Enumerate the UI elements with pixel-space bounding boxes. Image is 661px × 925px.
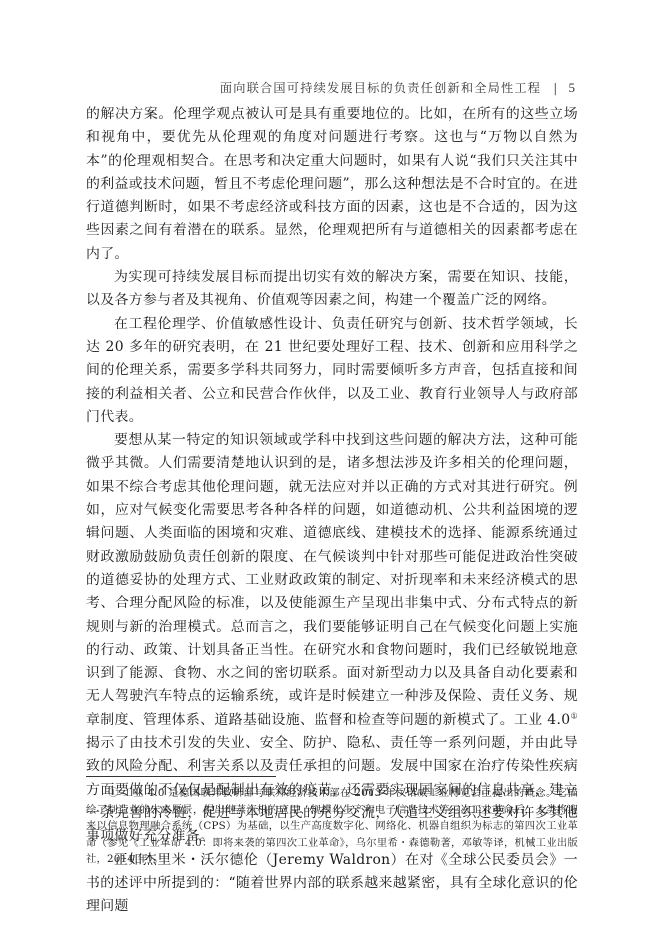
footnote-divider xyxy=(86,776,276,777)
header-separator: | xyxy=(553,81,558,95)
footnote-1: ① 工业 4.0 是德国联邦教研部与联邦经济技术部在 2013 年汉诺威工业博览… xyxy=(86,785,578,868)
running-title: 面向联合国可持续发展目标的负责任创新和全局性工程 xyxy=(220,81,541,95)
paragraph-3: 在工程伦理学、价值敏感性设计、负责任研究与创新、技术哲学领域，长达 20 多年的… xyxy=(86,313,578,429)
running-header: 面向联合国可持续发展目标的负责任创新和全局性工程|5 xyxy=(220,79,575,96)
paragraph-1: 的解决方案。伦理学观点被认可是具有重要地位的。比如，在所有的这些立场和视角中，要… xyxy=(86,103,578,266)
page-number: 5 xyxy=(569,80,576,95)
footnotes: ① 工业 4.0 是德国联邦教研部与联邦经济技术部在 2013 年汉诺威工业博览… xyxy=(86,785,578,868)
footnote-text: 工业 4.0 是德国联邦教研部与联邦经济技术部在 2013 年汉诺威工业博览会上… xyxy=(86,787,578,865)
footnote-reference-1[interactable]: ① xyxy=(570,711,578,720)
paragraph-2: 为实现可持续发展目标而提出切实有效的解决方案，需要在知识、技能，以及各方参与者及… xyxy=(86,266,578,313)
paragraph-4-text-a: 要想从某一特定的知识领域或学科中找到这些问题的解决方法，这种可能微乎其微。人们需… xyxy=(86,432,578,728)
footnote-mark: ① xyxy=(108,787,119,799)
book-page: 面向联合国可持续发展目标的负责任创新和全局性工程|5 的解决方案。伦理学观点被认… xyxy=(0,0,661,925)
